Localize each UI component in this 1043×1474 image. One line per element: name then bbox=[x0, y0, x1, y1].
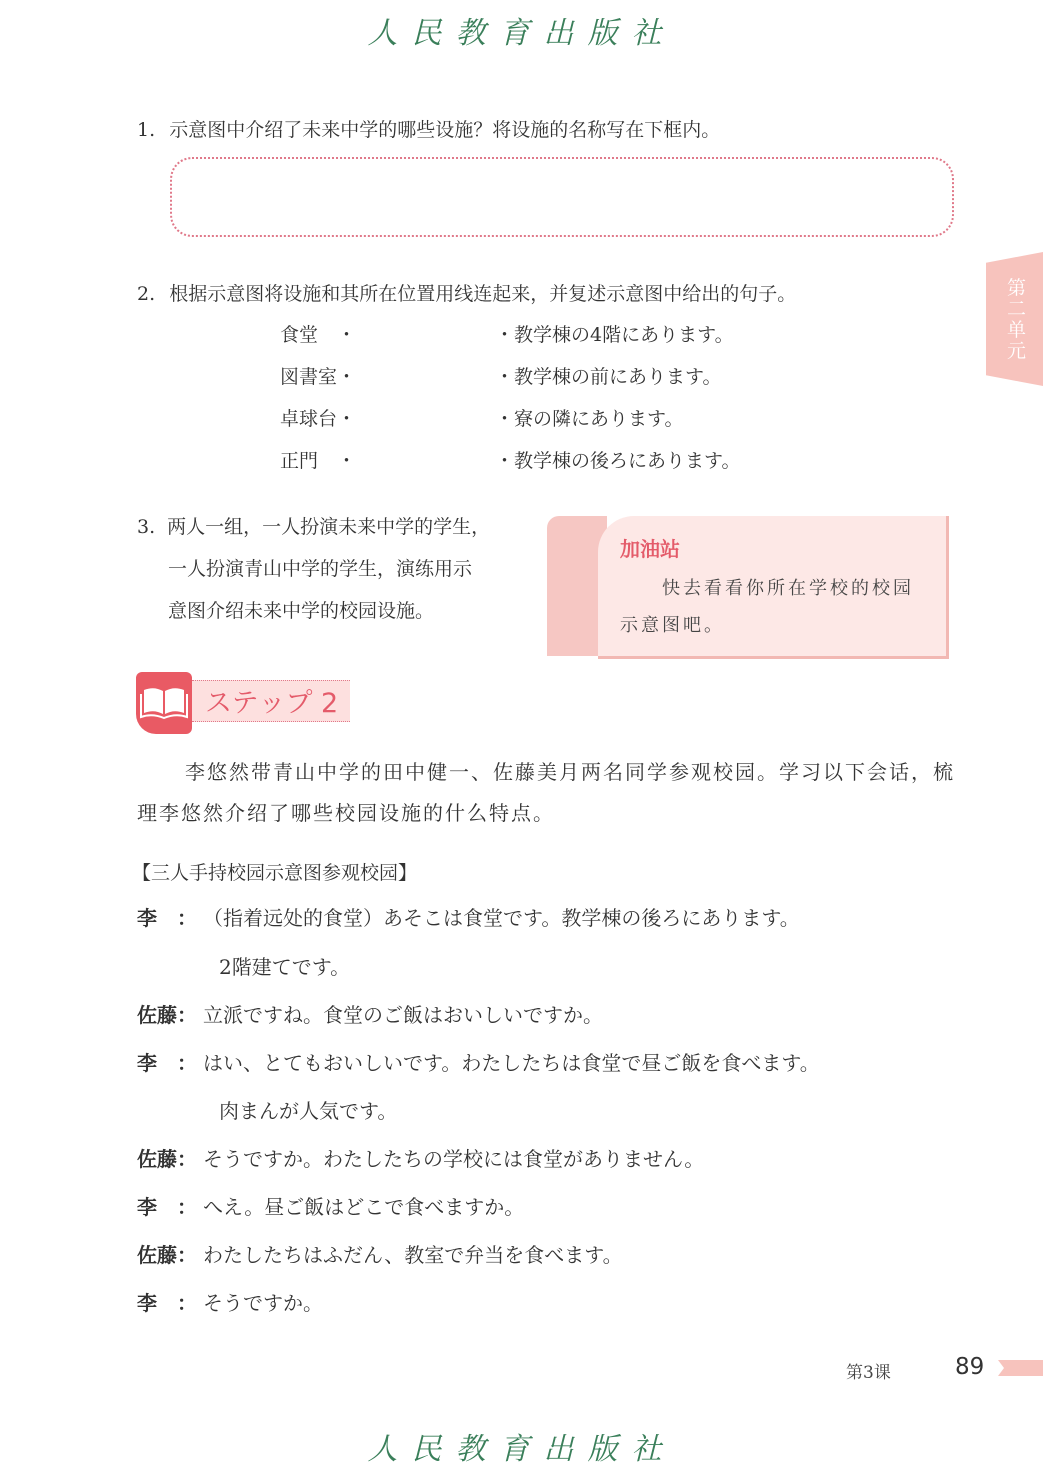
question-text: 根据示意图将设施和其所在位置用线连起来，并复述示意图中给出的句子。 bbox=[169, 283, 796, 305]
match-left-item[interactable]: 図書室・ bbox=[280, 362, 356, 389]
speaker: 李 ： bbox=[137, 1287, 203, 1316]
unit-char: 二 bbox=[990, 299, 1043, 320]
answer-box[interactable] bbox=[170, 157, 954, 237]
dialogue-text: （指着远处的食堂）あそこは食堂です。教学棟の後ろにあります。 bbox=[203, 902, 800, 931]
question-text: 一人扮演青山中学的学生，演练用示 bbox=[137, 548, 490, 590]
speaker: 佐藤： bbox=[137, 999, 203, 1028]
match-right-item[interactable]: ・寮の隣にあります。 bbox=[495, 404, 683, 431]
dialogue-line: 佐藤：立派ですね。食堂のご飯はおいしいですか。 bbox=[137, 999, 603, 1028]
question-number: 2. bbox=[137, 283, 155, 305]
dialogue-text: そうですか。 bbox=[203, 1287, 323, 1316]
speaker: 佐藤： bbox=[137, 1239, 203, 1268]
unit-tab: 第 二 单 元 bbox=[986, 252, 1043, 386]
match-left-item[interactable]: 食堂 ・ bbox=[280, 320, 356, 347]
match-right-item[interactable]: ・教学棟の後ろにあります。 bbox=[495, 446, 740, 473]
match-left-item[interactable]: 正門 ・ bbox=[280, 446, 356, 473]
dialogue-line: 李 ：（指着远处的食堂）あそこは食堂です。教学棟の後ろにあります。 bbox=[137, 902, 800, 931]
tip-title: 加油站 bbox=[620, 533, 680, 562]
dialogue-line: 李 ：へえ。昼ご飯はどこで食べますか。 bbox=[137, 1191, 524, 1220]
dialogue-line: 佐藤：そうですか。わたしたちの学校には食堂がありません。 bbox=[137, 1143, 704, 1172]
dialogue-line: 李 ：そうですか。 bbox=[137, 1287, 323, 1316]
step-label: ステップ 2 bbox=[205, 681, 338, 720]
dialogue-text: 立派ですね。食堂のご飯はおいしいですか。 bbox=[203, 999, 603, 1028]
question-1: 1. 示意图中介绍了未来中学的哪些设施？将设施的名称写在下框内。 bbox=[137, 115, 720, 142]
dialogue-text: はい、とてもおいしいです。わたしたちは食堂で昼ご飯を食べます。 bbox=[203, 1047, 820, 1076]
dialogue-continuation: 肉まんが人気です。 bbox=[137, 1095, 397, 1124]
speaker: 李 ： bbox=[137, 1191, 203, 1220]
intro-paragraph: 李悠然带青山中学的田中健一、佐藤美月两名同学参观校园。学习以下会话，梳理李悠然介… bbox=[137, 752, 957, 834]
dialogue-continuation: 2階建てです。 bbox=[137, 951, 350, 980]
question-number: 1. bbox=[137, 119, 155, 141]
unit-char: 元 bbox=[990, 341, 1043, 362]
scene-direction: 【三人手持校园示意图参观校园】 bbox=[132, 858, 417, 885]
question-number: 3. bbox=[137, 516, 155, 538]
question-3: 3.两人一组，一人扮演未来中学的学生， 一人扮演青山中学的学生，演练用示 意图介… bbox=[137, 506, 490, 632]
publisher-logo-top: 人民教育出版社 bbox=[0, 8, 1043, 52]
step-badge bbox=[136, 672, 192, 734]
dialogue-text: へえ。昼ご飯はどこで食べますか。 bbox=[203, 1191, 524, 1220]
open-book-icon bbox=[136, 672, 192, 728]
dialogue-line: 李 ：はい、とてもおいしいです。わたしたちは食堂で昼ご飯を食べます。 bbox=[137, 1047, 820, 1076]
unit-char: 单 bbox=[990, 320, 1043, 341]
speaker: 李 ： bbox=[137, 1047, 203, 1076]
speaker: 李 ： bbox=[137, 902, 203, 931]
question-2: 2. 根据示意图将设施和其所在位置用线连起来，并复述示意图中给出的句子。 bbox=[137, 279, 796, 306]
page-number: 89 bbox=[955, 1354, 984, 1380]
tip-body: 快去看看你所在学校的校园示意图吧。 bbox=[620, 570, 920, 644]
match-left-item[interactable]: 卓球台・ bbox=[280, 404, 356, 431]
publisher-logo-bottom: 人民教育出版社 bbox=[0, 1424, 1043, 1468]
lesson-label: 第3课 bbox=[846, 1358, 891, 1383]
speaker: 佐藤： bbox=[137, 1143, 203, 1172]
dialogue-line: 佐藤：わたしたちはふだん、教室で弁当を食べます。 bbox=[137, 1239, 623, 1268]
page-tab-decoration bbox=[998, 1360, 1043, 1376]
unit-char: 第 bbox=[990, 278, 1043, 299]
question-text: 意图介绍未来中学的校园设施。 bbox=[137, 590, 490, 632]
question-text: 示意图中介绍了未来中学的哪些设施？将设施的名称写在下框内。 bbox=[169, 119, 720, 141]
match-right-item[interactable]: ・教学棟の前にあります。 bbox=[495, 362, 721, 389]
match-right-item[interactable]: ・教学棟の4階にあります。 bbox=[495, 320, 734, 347]
question-text: 两人一组，一人扮演未来中学的学生， bbox=[167, 516, 490, 538]
dialogue-text: そうですか。わたしたちの学校には食堂がありません。 bbox=[203, 1143, 704, 1172]
dialogue-text: わたしたちはふだん、教室で弁当を食べます。 bbox=[203, 1239, 623, 1268]
